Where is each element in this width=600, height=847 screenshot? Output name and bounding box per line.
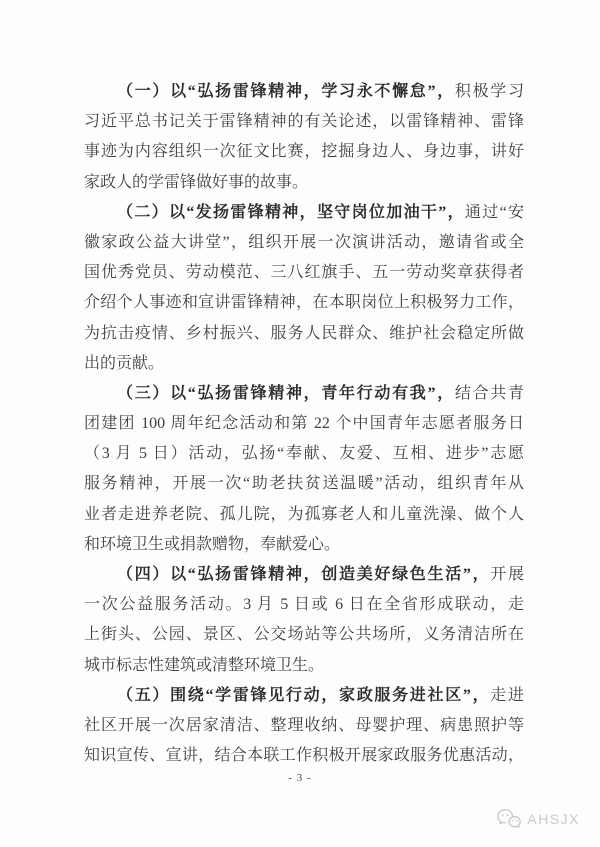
page-number: - 3 - [0, 772, 600, 784]
paragraph-text: 徽家政公益大讲堂”，组织开展一次演讲活动，邀请省或全 [84, 234, 524, 251]
document-body: （一）以“弘扬雷锋精神，学习永不懈怠”，积极学习习近平总书记关于雷锋精神的有关论… [84, 77, 524, 771]
text-line: 事迹为内容组织一次征文比赛，挖掘身边人、身边事，讲好 [84, 137, 524, 167]
text-line: 业者走进养老院、孤儿院，为孤寡老人和儿童洗澡、做个人 [84, 500, 524, 530]
document-page: （一）以“弘扬雷锋精神，学习永不懈怠”，积极学习习近平总书记关于雷锋精神的有关论… [0, 0, 600, 847]
text-line: 为抗击疫情、乡村振兴、服务人民群众、维护社会稳定所做 [84, 319, 524, 349]
text-line: 一次公益服务活动。3 月 5 日或 6 日在全省形成联动，走 [84, 590, 524, 620]
paragraph-text: 团建团 100 周年纪念活动和第 22 个中国青年志愿者服务日 [84, 415, 524, 432]
text-line: （五）围绕“学雷锋见行动，家政服务进社区”，走进 [84, 681, 524, 711]
text-line: 上街头、公园、景区、公交场站等公共场所，义务清洁所在 [84, 620, 524, 650]
paragraph-text: 国优秀党员、劳动模范、三八红旗手、五一劳动奖章获得者 [84, 264, 524, 281]
text-line: 介绍个人事迹和宣讲雷锋精神，在本职岗位上积极努力工作， [84, 288, 524, 318]
text-line: （二）以“发扬雷锋精神，坚守岗位加油干”，通过“安 [84, 198, 524, 228]
paragraph-text: 知识宣传、宣讲，结合本联工作积极开展家政服务优惠活动， [84, 747, 524, 764]
paragraph-text: 开展 [490, 566, 524, 583]
paragraph-text: 社区开展一次居家清洁、整理收纳、母婴护理、病患照护等 [84, 717, 524, 734]
text-line: （三）以“弘扬雷锋精神，青年行动有我”，结合共青 [84, 379, 524, 409]
paragraph-1: （一）以“弘扬雷锋精神，学习永不懈怠”，积极学习习近平总书记关于雷锋精神的有关论… [84, 77, 524, 198]
paragraph-text: （3 月 5 日）活动，弘扬“奉献、友爱、互相、进步”志愿 [84, 445, 524, 462]
text-line: 家政人的学雷锋做好事的故事。 [84, 168, 524, 198]
paragraph-text: 服务精神，开展一次“助老扶贫送温暖”活动，组织青年从 [84, 475, 524, 492]
paragraph-2: （二）以“发扬雷锋精神，坚守岗位加油干”，通过“安徽家政公益大讲堂”，组织开展一… [84, 198, 524, 379]
watermark: AHSJX [496, 808, 580, 829]
text-line: 知识宣传、宣讲，结合本联工作积极开展家政服务优惠活动， [84, 741, 524, 771]
paragraph-lead-bold: （五）围绕“学雷锋见行动，家政服务进社区”， [117, 687, 490, 704]
text-line: 服务精神，开展一次“助老扶贫送温暖”活动，组织青年从 [84, 469, 524, 499]
text-line: 国优秀党员、劳动模范、三八红旗手、五一劳动奖章获得者 [84, 258, 524, 288]
paragraph-text: 上街头、公园、景区、公交场站等公共场所，义务清洁所在 [84, 626, 524, 643]
text-line: （3 月 5 日）活动，弘扬“奉献、友爱、互相、进步”志愿 [84, 439, 524, 469]
paragraph-lead-bold: （二）以“发扬雷锋精神，坚守岗位加油干”， [117, 204, 465, 221]
wechat-icon [496, 808, 522, 829]
text-line: 和环境卫生或捐款赠物，奉献爱心。 [84, 530, 524, 560]
paragraph-text: 走进 [490, 687, 524, 704]
paragraph-text: 家政人的学雷锋做好事的故事。 [84, 174, 308, 191]
paragraph-text: 一次公益服务活动。3 月 5 日或 6 日在全省形成联动，走 [84, 596, 524, 613]
text-line: 城市标志性建筑或清整环境卫生。 [84, 651, 524, 681]
paragraph-4: （四）以“弘扬雷锋精神，创造美好绿色生活”，开展一次公益服务活动。3 月 5 日… [84, 560, 524, 681]
paragraph-text: 和环境卫生或捐款赠物，奉献爱心。 [84, 536, 340, 553]
text-line: （四）以“弘扬雷锋精神，创造美好绿色生活”，开展 [84, 560, 524, 590]
watermark-text: AHSJX [527, 811, 580, 827]
text-line: 团建团 100 周年纪念活动和第 22 个中国青年志愿者服务日 [84, 409, 524, 439]
text-line: 习近平总书记关于雷锋精神的有关论述，以雷锋精神、雷锋 [84, 107, 524, 137]
text-line: 徽家政公益大讲堂”，组织开展一次演讲活动，邀请省或全 [84, 228, 524, 258]
paragraph-text: 积极学习 [455, 83, 524, 100]
paragraph-text: 为抗击疫情、乡村振兴、服务人民群众、维护社会稳定所做 [84, 325, 524, 342]
paragraph-text: 业者走进养老院、孤儿院，为孤寡老人和儿童洗澡、做个人 [84, 506, 524, 523]
paragraph-text: 结合共青 [455, 385, 524, 402]
text-line: 社区开展一次居家清洁、整理收纳、母婴护理、病患照护等 [84, 711, 524, 741]
text-line: 出的贡献。 [84, 349, 524, 379]
paragraph-5: （五）围绕“学雷锋见行动，家政服务进社区”，走进社区开展一次居家清洁、整理收纳、… [84, 681, 524, 772]
paragraph-text: 事迹为内容组织一次征文比赛，挖掘身边人、身边事，讲好 [84, 143, 524, 160]
paragraph-text: 介绍个人事迹和宣讲雷锋精神，在本职岗位上积极努力工作， [84, 294, 524, 311]
paragraph-text: 出的贡献。 [84, 355, 164, 372]
text-line: （一）以“弘扬雷锋精神，学习永不懈怠”，积极学习 [84, 77, 524, 107]
paragraph-text: 习近平总书记关于雷锋精神的有关论述，以雷锋精神、雷锋 [84, 113, 524, 130]
paragraph-text: 通过“安 [465, 204, 524, 221]
paragraph-lead-bold: （四）以“弘扬雷锋精神，创造美好绿色生活”， [117, 566, 490, 583]
paragraph-lead-bold: （三）以“弘扬雷锋精神，青年行动有我”， [117, 385, 455, 402]
paragraph-3: （三）以“弘扬雷锋精神，青年行动有我”，结合共青团建团 100 周年纪念活动和第… [84, 379, 524, 560]
paragraph-lead-bold: （一）以“弘扬雷锋精神，学习永不懈怠”， [117, 83, 455, 100]
paragraph-text: 城市标志性建筑或清整环境卫生。 [84, 657, 324, 674]
